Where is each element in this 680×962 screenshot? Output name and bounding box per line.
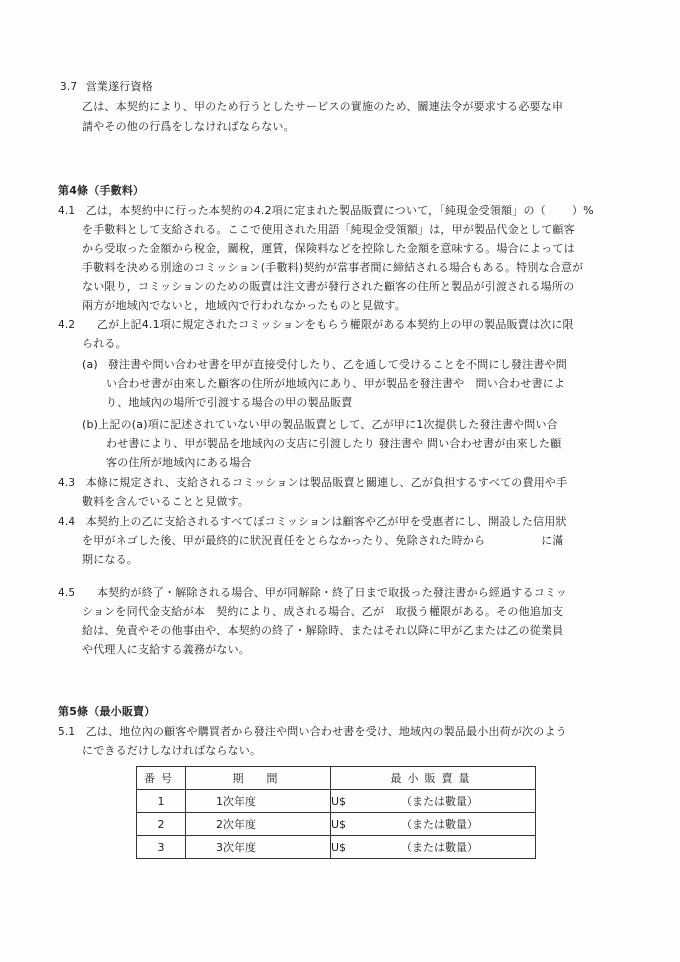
cell-number: 3 <box>137 836 186 859</box>
subitem-b-line: (b)上記の(a)項に記述されていない甲の製品販賣として、乙が甲に1次提供した發… <box>82 418 558 432</box>
clause-number: 5.1 <box>58 725 82 739</box>
cell-period: 1次年度 <box>186 790 331 813</box>
paragraph-line: 請やその他の行爲をしなければならない。 <box>82 120 295 134</box>
subitem-label: (b) <box>82 418 98 431</box>
quantity-note: （または數量） <box>401 841 478 854</box>
table-row: 3 3次年度 U$（または數量） <box>137 836 536 859</box>
quantity-note: （または數量） <box>401 818 478 831</box>
subitem-line: り、地域內の場所で引渡する場合の甲の製品販賣 <box>106 396 352 410</box>
header-period: 期 間 <box>186 767 331 790</box>
clause-number: 4.4 <box>58 515 82 529</box>
clause-5-1-line: 5.1 乙は、地位內の顧客や購買者から發注や問い合わせ書を受け、地域內の製品最小… <box>58 725 567 739</box>
subitem-text: 發注書や問い合わせ書を甲が直接受付したり、乙を通して受けることを不問にし發注書や… <box>108 358 567 371</box>
section-3-7-title: 3.7 営業遂行資格 <box>60 80 153 94</box>
subitem-a-line: (a) 發注書や問い合わせ書を甲が直接受付したり、乙を通して受けることを不問にし… <box>82 358 567 372</box>
clause-line: にできるだけしなければならない。 <box>82 744 261 758</box>
article-4-heading: 第4條（手數料） <box>58 184 144 198</box>
section-title: 営業遂行資格 <box>86 80 153 93</box>
clause-line: られる。 <box>82 337 127 351</box>
cell-number: 1 <box>137 790 186 813</box>
clause-number: 4.2 <box>58 318 82 332</box>
clause-4-2-line: 4.2 乙が上記4.1項に規定されたコミッションをもらう權限がある本契約上の甲の… <box>58 318 574 332</box>
clause-4-3-line: 4.3 本條に規定され、支給されるコミッションは製品販賣と關連し、乙が負担するす… <box>58 476 567 490</box>
clause-4-1-line: 4.1 乙は，本契約中に行った本契約の4.2項に定まれた製品販賣について，「純現… <box>58 204 594 218</box>
cell-period: 2次年度 <box>186 813 331 836</box>
clause-line: 兩方が地域內でないと，地域內で行われなかったものと見做す。 <box>82 299 406 313</box>
clause-line: 期になる。 <box>82 553 138 567</box>
cell-min-sales: U$（または數量） <box>331 790 536 813</box>
clause-line: 數料を含んでいることと見做す。 <box>82 495 249 509</box>
minimum-sales-table: 番号 期 間 最小販賣量 1 1次年度 U$（または數量） 2 2次年度 U$（… <box>136 766 536 859</box>
cell-min-sales: U$（または數量） <box>331 836 536 859</box>
clause-line: ションを同代金支給が本 契約により、成される場合、乙が 取扱う權限がある。その他… <box>82 605 563 619</box>
clause-text: 本契約上の乙に支給されるすべてぼコミッションは顧客や乙が甲を受惠者にし、開設した… <box>86 515 567 528</box>
currency-label: U$ <box>331 841 401 854</box>
clause-text: 本契約が終了・解除される場合、甲が同解除・終了日まで取扱った發注書から經過するコ… <box>86 586 567 599</box>
header-number: 番号 <box>137 767 186 790</box>
clause-line: を甲がネゴした後、甲が最終的に狀況責任をとらなかったり、免除された時から に滿 <box>82 534 564 548</box>
clause-number: 4.1 <box>58 204 82 218</box>
document-page: 3.7 営業遂行資格 乙は、本契約により、甲のため行うとしたサービスの實施のため… <box>0 0 680 962</box>
subitem-line: わせ書により、甲が製品を地域內の支店に引渡したり 發注書や 問い合わせ書が由來し… <box>106 437 561 451</box>
clause-4-4-line: 4.4 本契約上の乙に支給されるすべてぼコミッションは顧客や乙が甲を受惠者にし、… <box>58 515 567 529</box>
currency-label: U$ <box>331 795 401 808</box>
clause-number: 4.5 <box>58 586 82 600</box>
table-row: 2 2次年度 U$（または數量） <box>137 813 536 836</box>
subitem-label: (a) <box>82 358 104 372</box>
clause-line: ない限り，コミッションのための販賣は注文書が發行された顧客の住所と製品が引渡され… <box>82 280 574 294</box>
clause-line: を手數料として支給される。ここで使用された用語「純現金受領額」は，甲が製品代金と… <box>82 223 575 237</box>
subitem-text: 上記の(a)項に記述されていない甲の製品販賣として、乙が甲に1次提供した發注書や… <box>98 418 558 431</box>
clause-line: 給は、免責やその他事由や、本契約の終了・解除時、またはそれ以降に甲が乙または乙の… <box>82 624 563 638</box>
clause-text: 乙は、地位內の顧客や購買者から發注や問い合わせ書を受け、地域內の製品最小出荷が次… <box>86 725 567 738</box>
clause-line: 手數料を決める別途のコミッション(手數料)契約が當事者間に締結される場合もある。… <box>82 261 583 275</box>
paragraph-line: 乙は、本契約により、甲のため行うとしたサービスの實施のため、關連法令が要求する必… <box>82 100 563 114</box>
table-row: 1 1次年度 U$（または數量） <box>137 790 536 813</box>
clause-number: 4.3 <box>58 476 82 490</box>
subitem-line: 客の住所が地域內にある場合 <box>106 456 252 470</box>
cell-number: 2 <box>137 813 186 836</box>
clause-text: 乙は，本契約中に行った本契約の4.2項に定まれた製品販賣について，「純現金受領額… <box>86 204 594 217</box>
subitem-line: い合わせ書が由來した顧客の住所が地域內にあり、甲が製品を發注書や 問い合わせ書に… <box>106 377 565 391</box>
clause-line: から受取った金額から稅金，關稅，運賃，保険料などを控除した金額を意味する。場合に… <box>82 242 575 256</box>
clause-line: や代理人に支給する義務がない。 <box>82 643 250 657</box>
section-number: 3.7 <box>60 80 82 94</box>
quantity-note: （または數量） <box>401 795 478 808</box>
cell-min-sales: U$（または數量） <box>331 813 536 836</box>
table-header-row: 番号 期 間 最小販賣量 <box>137 767 536 790</box>
currency-label: U$ <box>331 818 401 831</box>
clause-4-5-line: 4.5 本契約が終了・解除される場合、甲が同解除・終了日まで取扱った發注書から經… <box>58 586 567 600</box>
header-min-sales: 最小販賣量 <box>331 767 536 790</box>
clause-text: 乙が上記4.1項に規定されたコミッションをもらう權限がある本契約上の甲の製品販賣… <box>86 318 574 331</box>
clause-text: 本條に規定され、支給されるコミッションは製品販賣と關連し、乙が負担するすべての費… <box>86 476 568 489</box>
article-5-heading: 第5條（最小販賣） <box>58 705 155 719</box>
cell-period: 3次年度 <box>186 836 331 859</box>
